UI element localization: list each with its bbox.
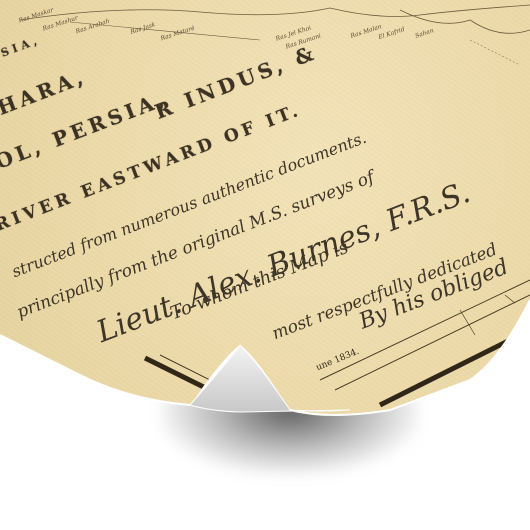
curled-corner (0, 0, 530, 530)
poster-mockup: Ras Maskar Ras Mashur Ras Arabah Ras Jas… (0, 0, 530, 530)
